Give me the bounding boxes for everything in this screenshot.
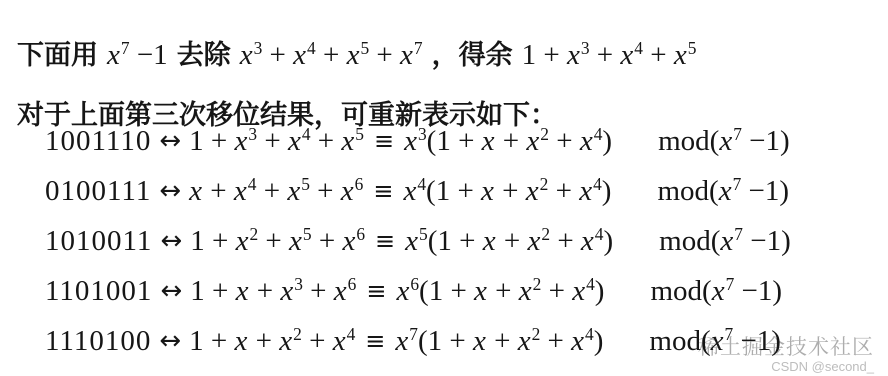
intro-math-divisor: x7 −1 <box>107 39 168 72</box>
equiv-sign: ≡ <box>373 177 393 205</box>
factored-form: x3(1 + x + x2 + x4) <box>404 125 612 158</box>
maps-to-arrow: ↔ <box>160 226 182 256</box>
polynomial: 1 + x2 + x5 + x6 <box>190 225 365 258</box>
equation-row-5: 1110100 ↔ 1 + x + x2 + x4 ≡ x7(1 + x + x… <box>45 316 791 366</box>
polynomial: 1 + x + x2 + x4 <box>189 325 355 358</box>
polynomial: 1 + x + x3 + x6 <box>190 275 356 308</box>
equiv-sign: ≡ <box>374 127 394 155</box>
binary-vector: 1010011 <box>45 225 152 258</box>
maps-to-arrow: ↔ <box>160 276 182 306</box>
intro-math-dividend: x3 + x4 + x5 + x7 <box>240 39 423 72</box>
mod-annotation: mod(x7 −1) <box>657 175 789 208</box>
intro-text-1: 下面用 <box>17 33 98 72</box>
equiv-sign: ≡ <box>375 227 395 255</box>
intro-text-3: ，得余 <box>432 33 513 72</box>
maps-to-arrow: ↔ <box>159 326 181 356</box>
equation-row-3: 1010011 ↔ 1 + x2 + x5 + x6 ≡ x5(1 + x + … <box>45 216 791 266</box>
maps-to-arrow: ↔ <box>159 126 181 156</box>
equiv-sign: ≡ <box>365 327 385 355</box>
equiv-sign: ≡ <box>366 277 386 305</box>
equation-row-1: 1001110 ↔ 1 + x3 + x4 + x5 ≡ x3(1 + x + … <box>45 116 791 166</box>
polynomial: x + x4 + x5 + x6 <box>189 175 363 208</box>
maps-to-arrow: ↔ <box>159 176 181 206</box>
intro-line: 下面用 x7 −1 去除 x3 + x4 + x5 + x7 ，得余 1 + x… <box>17 33 705 72</box>
mod-annotation: mod(x7 −1) <box>659 225 791 258</box>
equation-row-2: 0100111 ↔ x + x4 + x5 + x6 ≡ x4(1 + x + … <box>45 166 791 216</box>
equation-row-4: 1101001 ↔ 1 + x + x3 + x6 ≡ x6(1 + x + x… <box>45 266 791 316</box>
binary-vector: 1001110 <box>45 125 151 158</box>
factored-form: x7(1 + x + x2 + x4) <box>395 325 603 358</box>
binary-vector: 1110100 <box>45 325 151 358</box>
equation-list: 1001110 ↔ 1 + x3 + x4 + x5 ≡ x3(1 + x + … <box>45 116 791 366</box>
intro-text-2: 去除 <box>177 33 231 72</box>
polynomial: 1 + x3 + x4 + x5 <box>189 125 364 158</box>
factored-form: x5(1 + x + x2 + x4) <box>405 225 613 258</box>
intro-math-remainder: 1 + x3 + x4 + x5 <box>522 39 697 72</box>
factored-form: x6(1 + x + x2 + x4) <box>396 275 604 308</box>
binary-vector: 1101001 <box>45 275 152 308</box>
binary-vector: 0100111 <box>45 175 151 208</box>
mod-annotation: mod(x7 −1) <box>658 125 790 158</box>
factored-form: x4(1 + x + x2 + x4) <box>403 175 611 208</box>
mod-annotation: mod(x7 −1) <box>649 325 781 358</box>
mod-annotation: mod(x7 −1) <box>650 275 782 308</box>
